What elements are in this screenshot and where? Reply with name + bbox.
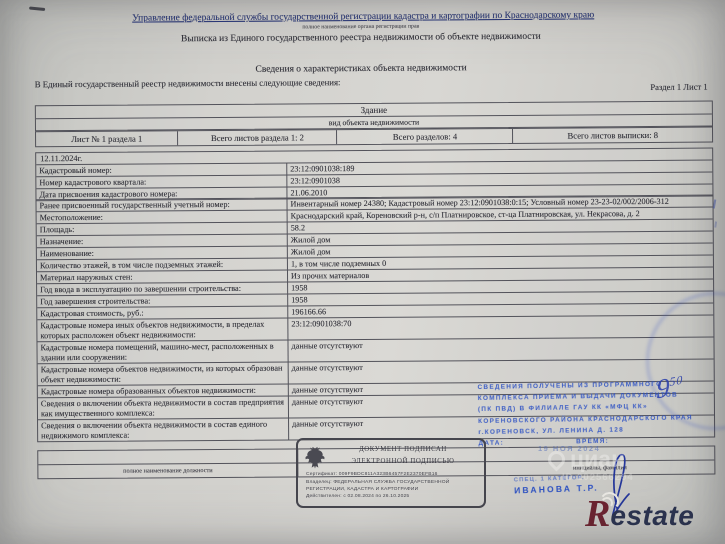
sheet-info-cell: Всего листов раздела 1: 2 — [177, 130, 336, 145]
esign-owner-line2: РЕГИСТРАЦИИ, КАДАСТРА И КАРТОГРАФИИ — [306, 487, 480, 492]
section-title: Сведения о характеристиках объекта недви… — [0, 61, 724, 76]
row-label: Кадастровый номер: — [36, 164, 287, 177]
section-sheet-label: Раздел 1 Лист 1 — [650, 82, 707, 92]
main-table-part1: 12.11.2024г. Кадастровый номер: 23:12:09… — [35, 148, 713, 202]
pen-mark — [714, 221, 717, 227]
handwritten-time: 950 — [656, 369, 683, 405]
row-label: Год завершения строительства: — [37, 295, 288, 308]
esign-owner-line1: Владелец: ФЕДЕРАЛЬНАЯ СЛУЖБА ГОСУДАРСТВЕ… — [306, 480, 480, 485]
row-label: Ранее присвоенный государственный учетны… — [36, 199, 287, 212]
signature-cell-empty — [38, 449, 297, 464]
row-label: Назначение: — [37, 235, 288, 248]
row-label: Кадастровые номера иных объектов недвижи… — [37, 319, 288, 342]
row-label: Площадь: — [37, 223, 288, 236]
esign-title-line2: ЭЛЕКТРОННОЙ ПОДПИСЬЮ — [326, 458, 480, 465]
esign-certificate: Сертификат: 009F9BDC811A323B6457F2E2370E… — [306, 472, 480, 477]
row-label: Количество этажей, в том числе подземных… — [37, 259, 288, 272]
row-label: Местоположение: — [37, 211, 288, 224]
date-row: 12.11.2024г. — [36, 153, 86, 164]
cian-watermark-text: циан — [570, 446, 625, 473]
sheet-info-cell: Всего разделов: 4 — [336, 129, 512, 144]
row-label: Кадастровые номера образованных объектов… — [38, 385, 289, 398]
restate-watermark-text: estate — [610, 498, 694, 534]
row-label: Номер кадастрового квартала: — [36, 176, 287, 189]
row-label: Кадастровые номера объектов недвижимости… — [38, 363, 289, 386]
sheet-info-cell: Всего листов выписки: 8 — [512, 128, 712, 143]
row-label: Кадастровая стоимость, руб.: — [37, 307, 288, 320]
row-label: Материал наружных стен: — [37, 271, 288, 284]
restate-logo-icon: R — [585, 494, 610, 534]
row-label: Сведения о включении объекта недвижимост… — [38, 397, 289, 420]
row-label: Сведения о включении объекта недвижимост… — [38, 419, 289, 442]
intro-text: В Единый государственный реестр недвижим… — [35, 77, 341, 89]
pen-mark — [713, 199, 716, 208]
electronic-signature-stamp: ДОКУМЕНТ ПОДПИСАН ЭЛЕКТРОННОЙ ПОДПИСЬЮ С… — [296, 438, 486, 508]
rosreestr-eagle-icon — [305, 445, 325, 472]
sheet-info-table: Лист № 1 раздела 1 Всего листов раздела … — [35, 127, 713, 148]
pen-mark — [29, 6, 45, 10]
restate-watermark: R estate — [585, 494, 694, 534]
row-label: Год ввода в эксплуатацию по завершении с… — [37, 283, 288, 296]
row-label: Кадастровые номера помещений, машино-мес… — [37, 341, 288, 364]
esign-title-line1: ДОКУМЕНТ ПОДПИСАН — [326, 446, 480, 453]
cian-watermark: циан — [548, 446, 625, 473]
document-title: Выписка из Единого государственного реес… — [0, 30, 723, 45]
esign-validity: Действителен: с 02.08.2024 по 26.10.2025 — [306, 494, 480, 499]
sheet-info-cell: Лист № 1 раздела 1 — [36, 131, 177, 146]
row-label: Наименование: — [37, 247, 288, 260]
cian-id-watermark: ID 202566294 — [562, 472, 634, 483]
document-photo: Управление федеральной службы государств… — [0, 0, 725, 544]
map-pin-icon — [544, 447, 568, 471]
position-label: полное наименование должности — [38, 463, 297, 478]
